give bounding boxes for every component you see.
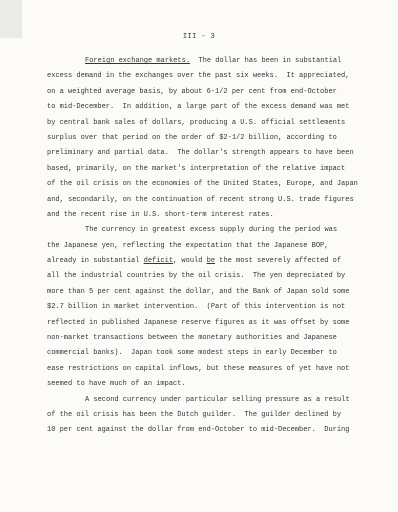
underlined-text: deficit [144, 257, 173, 265]
text-line: of the oil crisis on the economies of th… [47, 177, 377, 192]
underlined-text: be [207, 257, 215, 265]
text-line: seemed to have much of an impact. [47, 377, 377, 392]
text-line: and the recent rise in U.S. short-term i… [47, 208, 377, 223]
text-line: Foreign exchange markets. The dollar has… [47, 54, 377, 69]
text-line: A second currency under particular selli… [47, 393, 377, 408]
text-line: to mid-December. In addition, a large pa… [47, 100, 377, 115]
text-line: more than 5 per cent against the dollar,… [47, 285, 377, 300]
text-line: preliminary and partial data. The dollar… [47, 146, 377, 161]
text-line: by central bank sales of dollars, produc… [47, 116, 377, 131]
text-line: 10 per cent against the dollar from end-… [47, 423, 377, 438]
text-line: The currency in greatest excess supply d… [47, 223, 377, 238]
text-line: and, secondarily, on the continuation of… [47, 193, 377, 208]
text-line: excess demand in the exchanges over the … [47, 69, 377, 84]
text-line: non-market transactions between the mone… [47, 331, 377, 346]
underlined-text: Foreign exchange markets. [85, 57, 190, 65]
document-body: Foreign exchange markets. The dollar has… [47, 54, 377, 439]
text-line: the Japanese yen, reflecting the expecta… [47, 239, 377, 254]
text-line: commercial banks). Japan took some modes… [47, 346, 377, 361]
page-number: III - 3 [0, 33, 398, 41]
text-line: all the industrial countries by the oil … [47, 269, 377, 284]
text-line: on a weighted average basis, by about 6-… [47, 85, 377, 100]
text-line: already in substantial deficit, would be… [47, 254, 377, 269]
text-line: $2.7 billion in market intervention. (Pa… [47, 300, 377, 315]
text-line: surplus over that period on the order of… [47, 131, 377, 146]
text-line: based, primarily, on the market's interp… [47, 162, 377, 177]
text-line: of the oil crisis has been the Dutch gui… [47, 408, 377, 423]
text-line: reflected in published Japanese reserve … [47, 316, 377, 331]
document-page: III - 3 Foreign exchange markets. The do… [0, 0, 398, 512]
text-line: ease restrictions on capital inflows, bu… [47, 362, 377, 377]
